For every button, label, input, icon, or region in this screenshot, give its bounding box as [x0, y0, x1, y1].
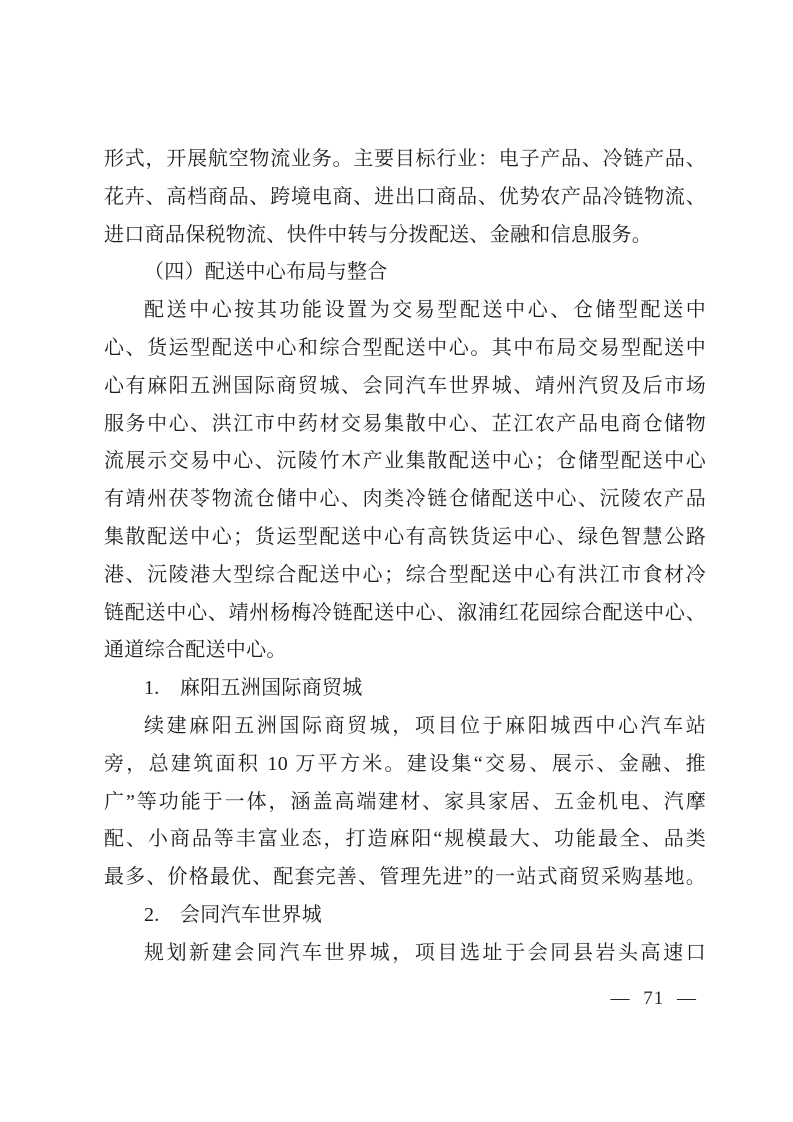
text-line: 规划新建会同汽车世界城，项目选址于会同县岩头高速口: [104, 935, 706, 973]
text-line: 港、沅陵港大型综合配送中心；综合型配送中心有洪江市食材冷: [104, 557, 706, 595]
text-line: 服务中心、洪江市中药材交易集散中心、芷江农产品电商仓储物: [104, 406, 706, 444]
numbered-heading-1: 1. 麻阳五洲国际商贸城: [104, 670, 706, 708]
section-heading: （四）配送中心布局与整合: [104, 254, 706, 292]
text-line: 配、小商品等丰富业态，打造麻阳“规模最大、功能最全、品类: [104, 821, 706, 859]
numbered-heading-2: 2. 会同汽车世界城: [104, 897, 706, 935]
text-line: 心有麻阳五洲国际商贸城、会同汽车世界城、靖州汽贸及后市场: [104, 368, 706, 406]
text-line: 最多、价格最优、配套完善、管理先进”的一站式商贸采购基地。: [104, 859, 706, 897]
document-page: 形式，开展航空物流业务。主要目标行业：电子产品、冷链产品、 花卉、高档商品、跨境…: [0, 0, 793, 1122]
text-line: 有靖州茯苓物流仓储中心、肉类冷链仓储配送中心、沅陵农产品: [104, 481, 706, 519]
text-line: 进口商品保税物流、快件中转与分拨配送、金融和信息服务。: [104, 217, 706, 255]
page-number: — 71 —: [611, 988, 698, 1010]
text-line: 花卉、高档商品、跨境电商、进出口商品、优势农产品冷链物流、: [104, 179, 706, 217]
text-line: 广”等功能于一体，涵盖高端建材、家具家居、五金机电、汽摩: [104, 784, 706, 822]
text-line: 流展示交易中心、沅陵竹木产业集散配送中心；仓储型配送中心: [104, 443, 706, 481]
text-line: 配送中心按其功能设置为交易型配送中心、仓储型配送中: [104, 292, 706, 330]
text-line: 链配送中心、靖州杨梅冷链配送中心、溆浦红花园综合配送中心、: [104, 595, 706, 633]
body-text: 形式，开展航空物流业务。主要目标行业：电子产品、冷链产品、 花卉、高档商品、跨境…: [104, 141, 706, 973]
text-line: 续建麻阳五洲国际商贸城，项目位于麻阳城西中心汽车站: [104, 708, 706, 746]
text-line: 旁，总建筑面积 10 万平方米。建设集“交易、展示、金融、推: [104, 746, 706, 784]
text-line: 集散配送中心；货运型配送中心有高铁货运中心、绿色智慧公路: [104, 519, 706, 557]
text-line: 心、货运型配送中心和综合型配送中心。其中布局交易型配送中: [104, 330, 706, 368]
text-line: 通道综合配送中心。: [104, 632, 706, 670]
text-line: 形式，开展航空物流业务。主要目标行业：电子产品、冷链产品、: [104, 141, 706, 179]
